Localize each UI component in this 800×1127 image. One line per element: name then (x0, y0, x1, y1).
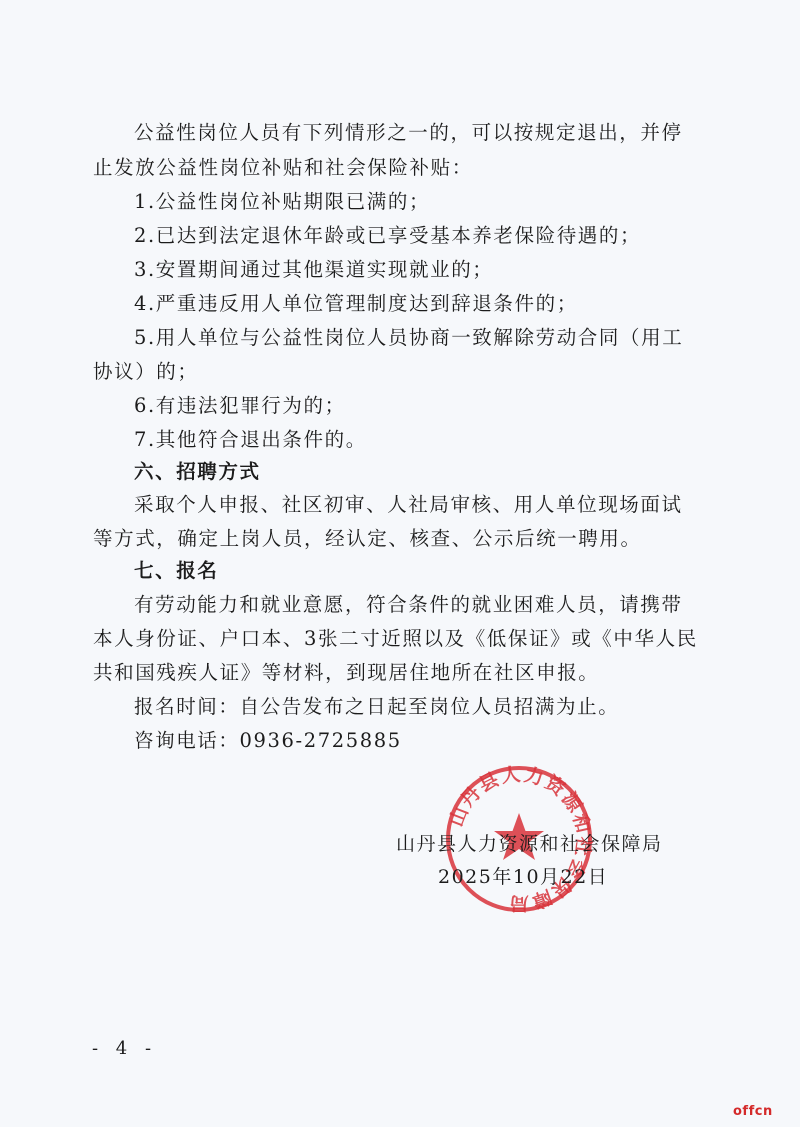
section-heading-registration: 七、报名 (134, 559, 218, 583)
list-item-4: 4.严重违反用人单位管理制度达到辞退条件的； (134, 292, 578, 316)
document-page: 公益性岗位人员有下列情形之一的，可以按规定退出，并停 止发放公益性岗位补贴和社会… (0, 0, 800, 1127)
list-item-7: 7.其他符合退出条件的。 (134, 428, 367, 452)
registration-time: 报名时间：自公告发布之日起至岗位人员招满为止。 (134, 695, 619, 719)
section-registration-line-3: 共和国残疾人证》等材料，到现居住地所在社区申报。 (93, 661, 599, 685)
section-recruitment-line-2: 等方式，确定上岗人员，经认定、核查、公示后统一聘用。 (93, 527, 642, 551)
list-item-5: 5.用人单位与公益性岗位人员协商一致解除劳动合同（用工 (134, 326, 683, 350)
signature-org: 山丹县人力资源和社会保障局 (396, 829, 663, 856)
section-registration-line-1: 有劳动能力和就业意愿，符合条件的就业困难人员，请携带 (134, 593, 683, 617)
page-number: - 4 - (92, 1038, 157, 1059)
list-item-5-cont: 协议）的； (93, 360, 199, 384)
watermark-logo: offcn (733, 1104, 773, 1119)
section-registration-line-2: 本人身份证、户口本、3张二寸近照以及《低保证》或《中华人民 (93, 627, 698, 651)
contact-phone: 咨询电话：0936-2725885 (134, 729, 402, 753)
list-item-1: 1.公益性岗位补贴期限已满的； (134, 190, 430, 214)
paragraph-intro: 公益性岗位人员有下列情形之一的，可以按规定退出，并停 (134, 121, 683, 145)
section-recruitment-line-1: 采取个人申报、社区初审、人社局审核、用人单位现场面试 (134, 493, 683, 517)
signature-date: 2025年10月22日 (438, 862, 608, 889)
list-item-6: 6.有违法犯罪行为的； (134, 394, 346, 418)
list-item-3: 3.安置期间通过其他渠道实现就业的； (134, 258, 493, 282)
list-item-2: 2.已达到法定退休年龄或已享受基本养老保险待遇的； (134, 224, 641, 248)
section-heading-recruitment: 六、招聘方式 (134, 460, 261, 484)
paragraph-intro-cont: 止发放公益性岗位补贴和社会保险补贴： (93, 156, 473, 180)
